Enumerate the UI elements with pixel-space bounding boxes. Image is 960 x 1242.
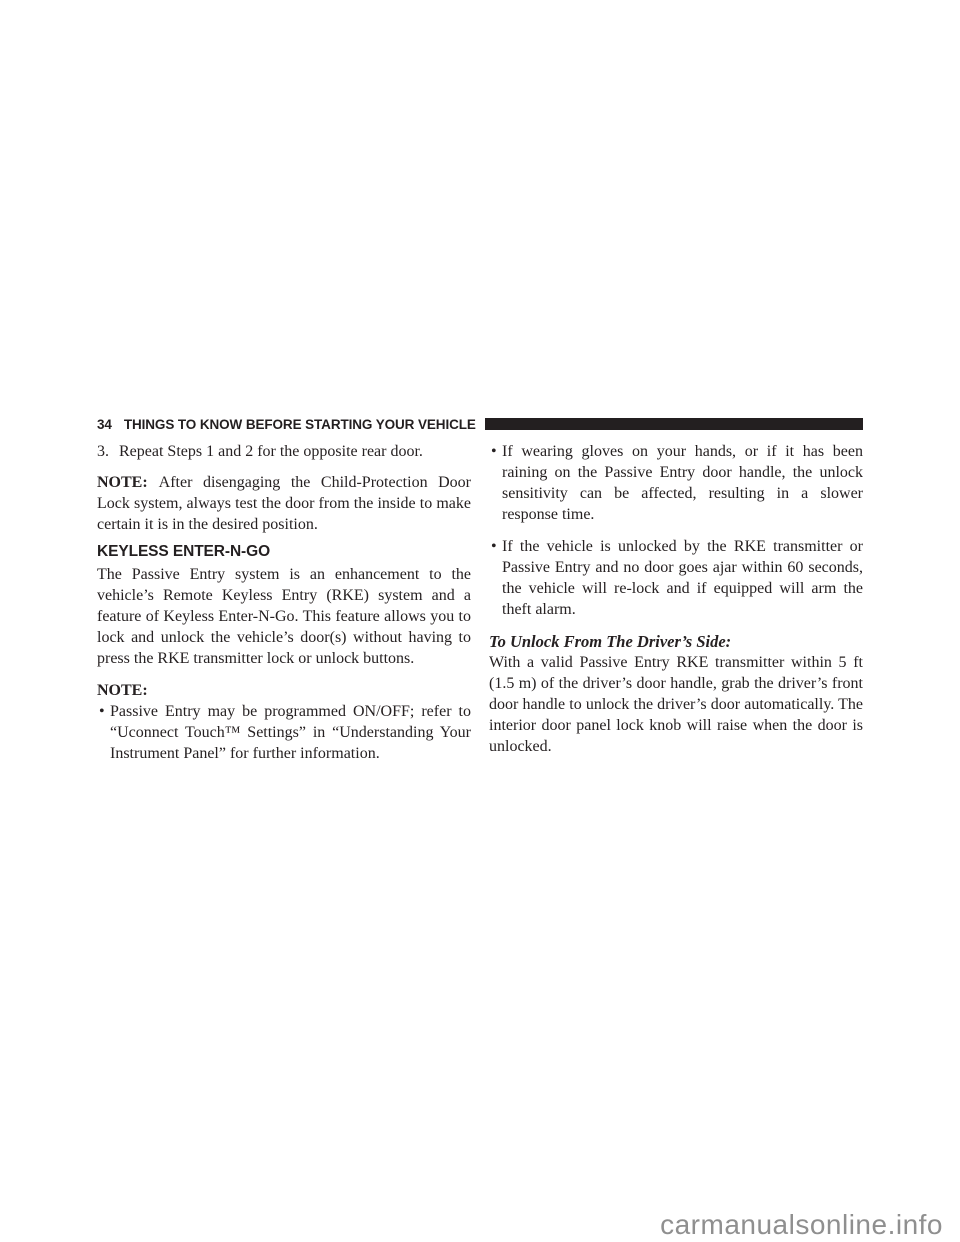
left-column: 3. Repeat Steps 1 and 2 for the opposite…: [97, 441, 471, 775]
bullet-icon: •: [489, 441, 502, 525]
section-heading-keyless-enter-n-go: KEYLESS ENTER-N-GO: [97, 542, 471, 562]
subheading-paragraph: With a valid Passive Entry RKE transmitt…: [489, 652, 863, 757]
list-item: • Passive Entry may be programmed ON/OFF…: [97, 701, 471, 764]
numbered-step: 3. Repeat Steps 1 and 2 for the opposite…: [97, 441, 471, 462]
manual-page: 34 THINGS TO KNOW BEFORE STARTING YOUR V…: [0, 0, 960, 1242]
bullet-text: If wearing gloves on your hands, or if i…: [502, 441, 863, 525]
note-label: NOTE:: [97, 680, 471, 701]
note-text: After disengaging the Child-Protection D…: [97, 474, 471, 533]
page-header: 34 THINGS TO KNOW BEFORE STARTING YOUR V…: [97, 417, 863, 431]
two-column-body: 3. Repeat Steps 1 and 2 for the opposite…: [97, 441, 863, 775]
watermark: carmanualsonline.info: [660, 1211, 943, 1239]
page-number: 34: [97, 417, 112, 432]
note-paragraph: NOTE:After disengaging the Child-Protect…: [97, 472, 471, 535]
list-item: • If the vehicle is unlocked by the RKE …: [489, 536, 863, 620]
note-label: NOTE:: [97, 474, 148, 491]
subheading-to-unlock-drivers-side: To Unlock From The Driver’s Side:: [489, 631, 863, 652]
bullet-icon: •: [97, 701, 110, 764]
bullet-text: If the vehicle is unlocked by the RKE tr…: [502, 536, 863, 620]
section-paragraph: The Passive Entry system is an enhanceme…: [97, 564, 471, 669]
header-title: THINGS TO KNOW BEFORE STARTING YOUR VEHI…: [124, 417, 476, 432]
right-column: • If wearing gloves on your hands, or if…: [489, 441, 863, 775]
list-item: • If wearing gloves on your hands, or if…: [489, 441, 863, 525]
bullet-icon: •: [489, 536, 502, 620]
step-text: Repeat Steps 1 and 2 for the opposite re…: [119, 441, 471, 462]
step-number: 3.: [97, 441, 119, 462]
bullet-text: Passive Entry may be programmed ON/OFF; …: [110, 701, 471, 764]
header-rule-bar: [485, 418, 863, 430]
